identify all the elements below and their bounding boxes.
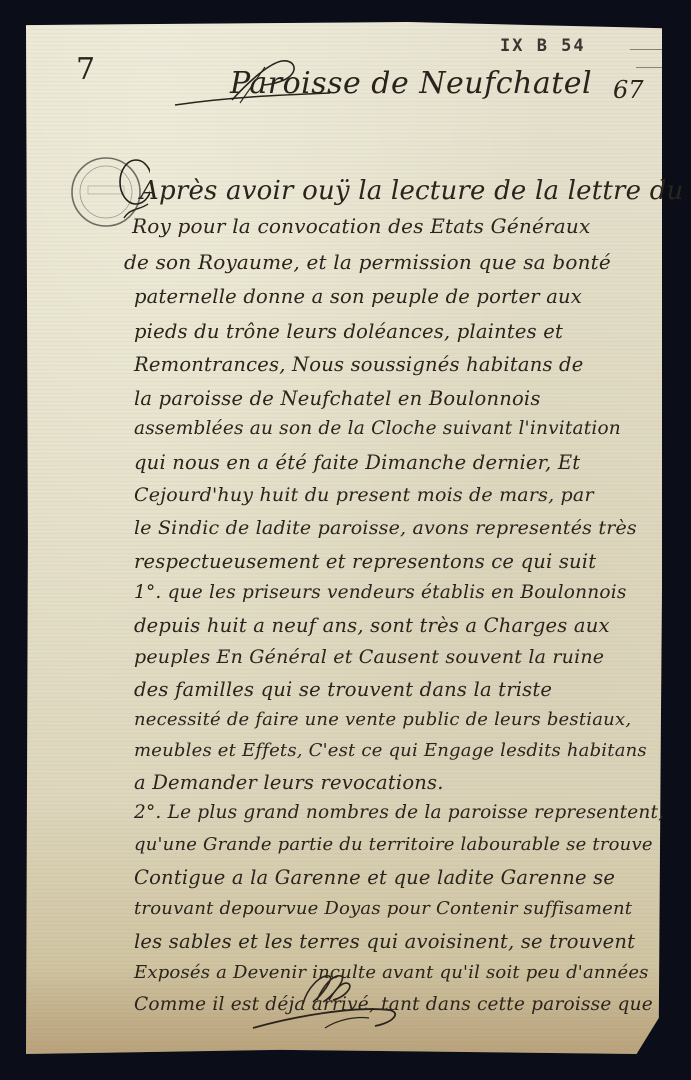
edge-mark <box>636 67 662 68</box>
text-line: meubles et Effets, C'est ce qui Engage l… <box>134 740 647 761</box>
text-line: qui nous en a été faite Dimanche dernier… <box>134 451 580 474</box>
text-line: 1°. que les priseurs vendeurs établis en… <box>134 582 627 603</box>
text-line: Remontrances, Nous soussignés habitans d… <box>134 353 583 376</box>
text-line: paternelle donne a son peuple de porter … <box>134 285 582 308</box>
text-line: Après avoir ouÿ la lecture de la lettre … <box>140 176 684 206</box>
text-line: assemblées au son de la Cloche suivant l… <box>134 418 621 439</box>
text-line: necessité de faire une vente public de l… <box>134 709 631 730</box>
text-line: Roy pour la convocation des Etats Généra… <box>132 214 590 238</box>
text-line: le Sindic de ladite paroisse, avons repr… <box>134 517 637 539</box>
text-line: des familles qui se trouvent dans la tri… <box>134 678 552 701</box>
document-title: Paroisse de Neufchatel <box>230 66 592 101</box>
folio-number-left: 7 <box>76 52 95 87</box>
text-line: qu'une Grande partie du territoire labou… <box>134 834 653 855</box>
document-scan: 7 IX B 54 67 Paroisse de Neufchatel Aprè… <box>0 0 691 1080</box>
folio-number-right: 67 <box>613 76 644 104</box>
text-line: respectueusement et representons ce qui … <box>134 550 596 573</box>
signature-paraph-icon <box>225 970 455 1040</box>
text-line: les sables et les terres qui avoisinent,… <box>134 930 635 953</box>
text-line: peuples En Général et Causent souvent la… <box>134 646 604 668</box>
archive-reference: IX B 54 <box>500 36 586 56</box>
text-line: Cejourd'huy huit du present mois de mars… <box>134 484 594 506</box>
text-line: Contigue a la Garenne et que ladite Gare… <box>134 866 615 889</box>
text-line: trouvant depourvue Doyas pour Contenir s… <box>134 898 632 919</box>
edge-mark <box>630 49 662 50</box>
text-line: de son Royaume, et la permission que sa … <box>124 250 611 274</box>
text-line: 2°. Le plus grand nombres de la paroisse… <box>134 802 664 823</box>
text-line: depuis huit a neuf ans, sont très a Char… <box>134 614 610 637</box>
text-line: a Demander leurs revocations. <box>134 771 444 794</box>
text-line: la paroisse de Neufchatel en Boulonnois <box>134 387 541 410</box>
text-line: pieds du trône leurs doléances, plaintes… <box>134 320 563 343</box>
